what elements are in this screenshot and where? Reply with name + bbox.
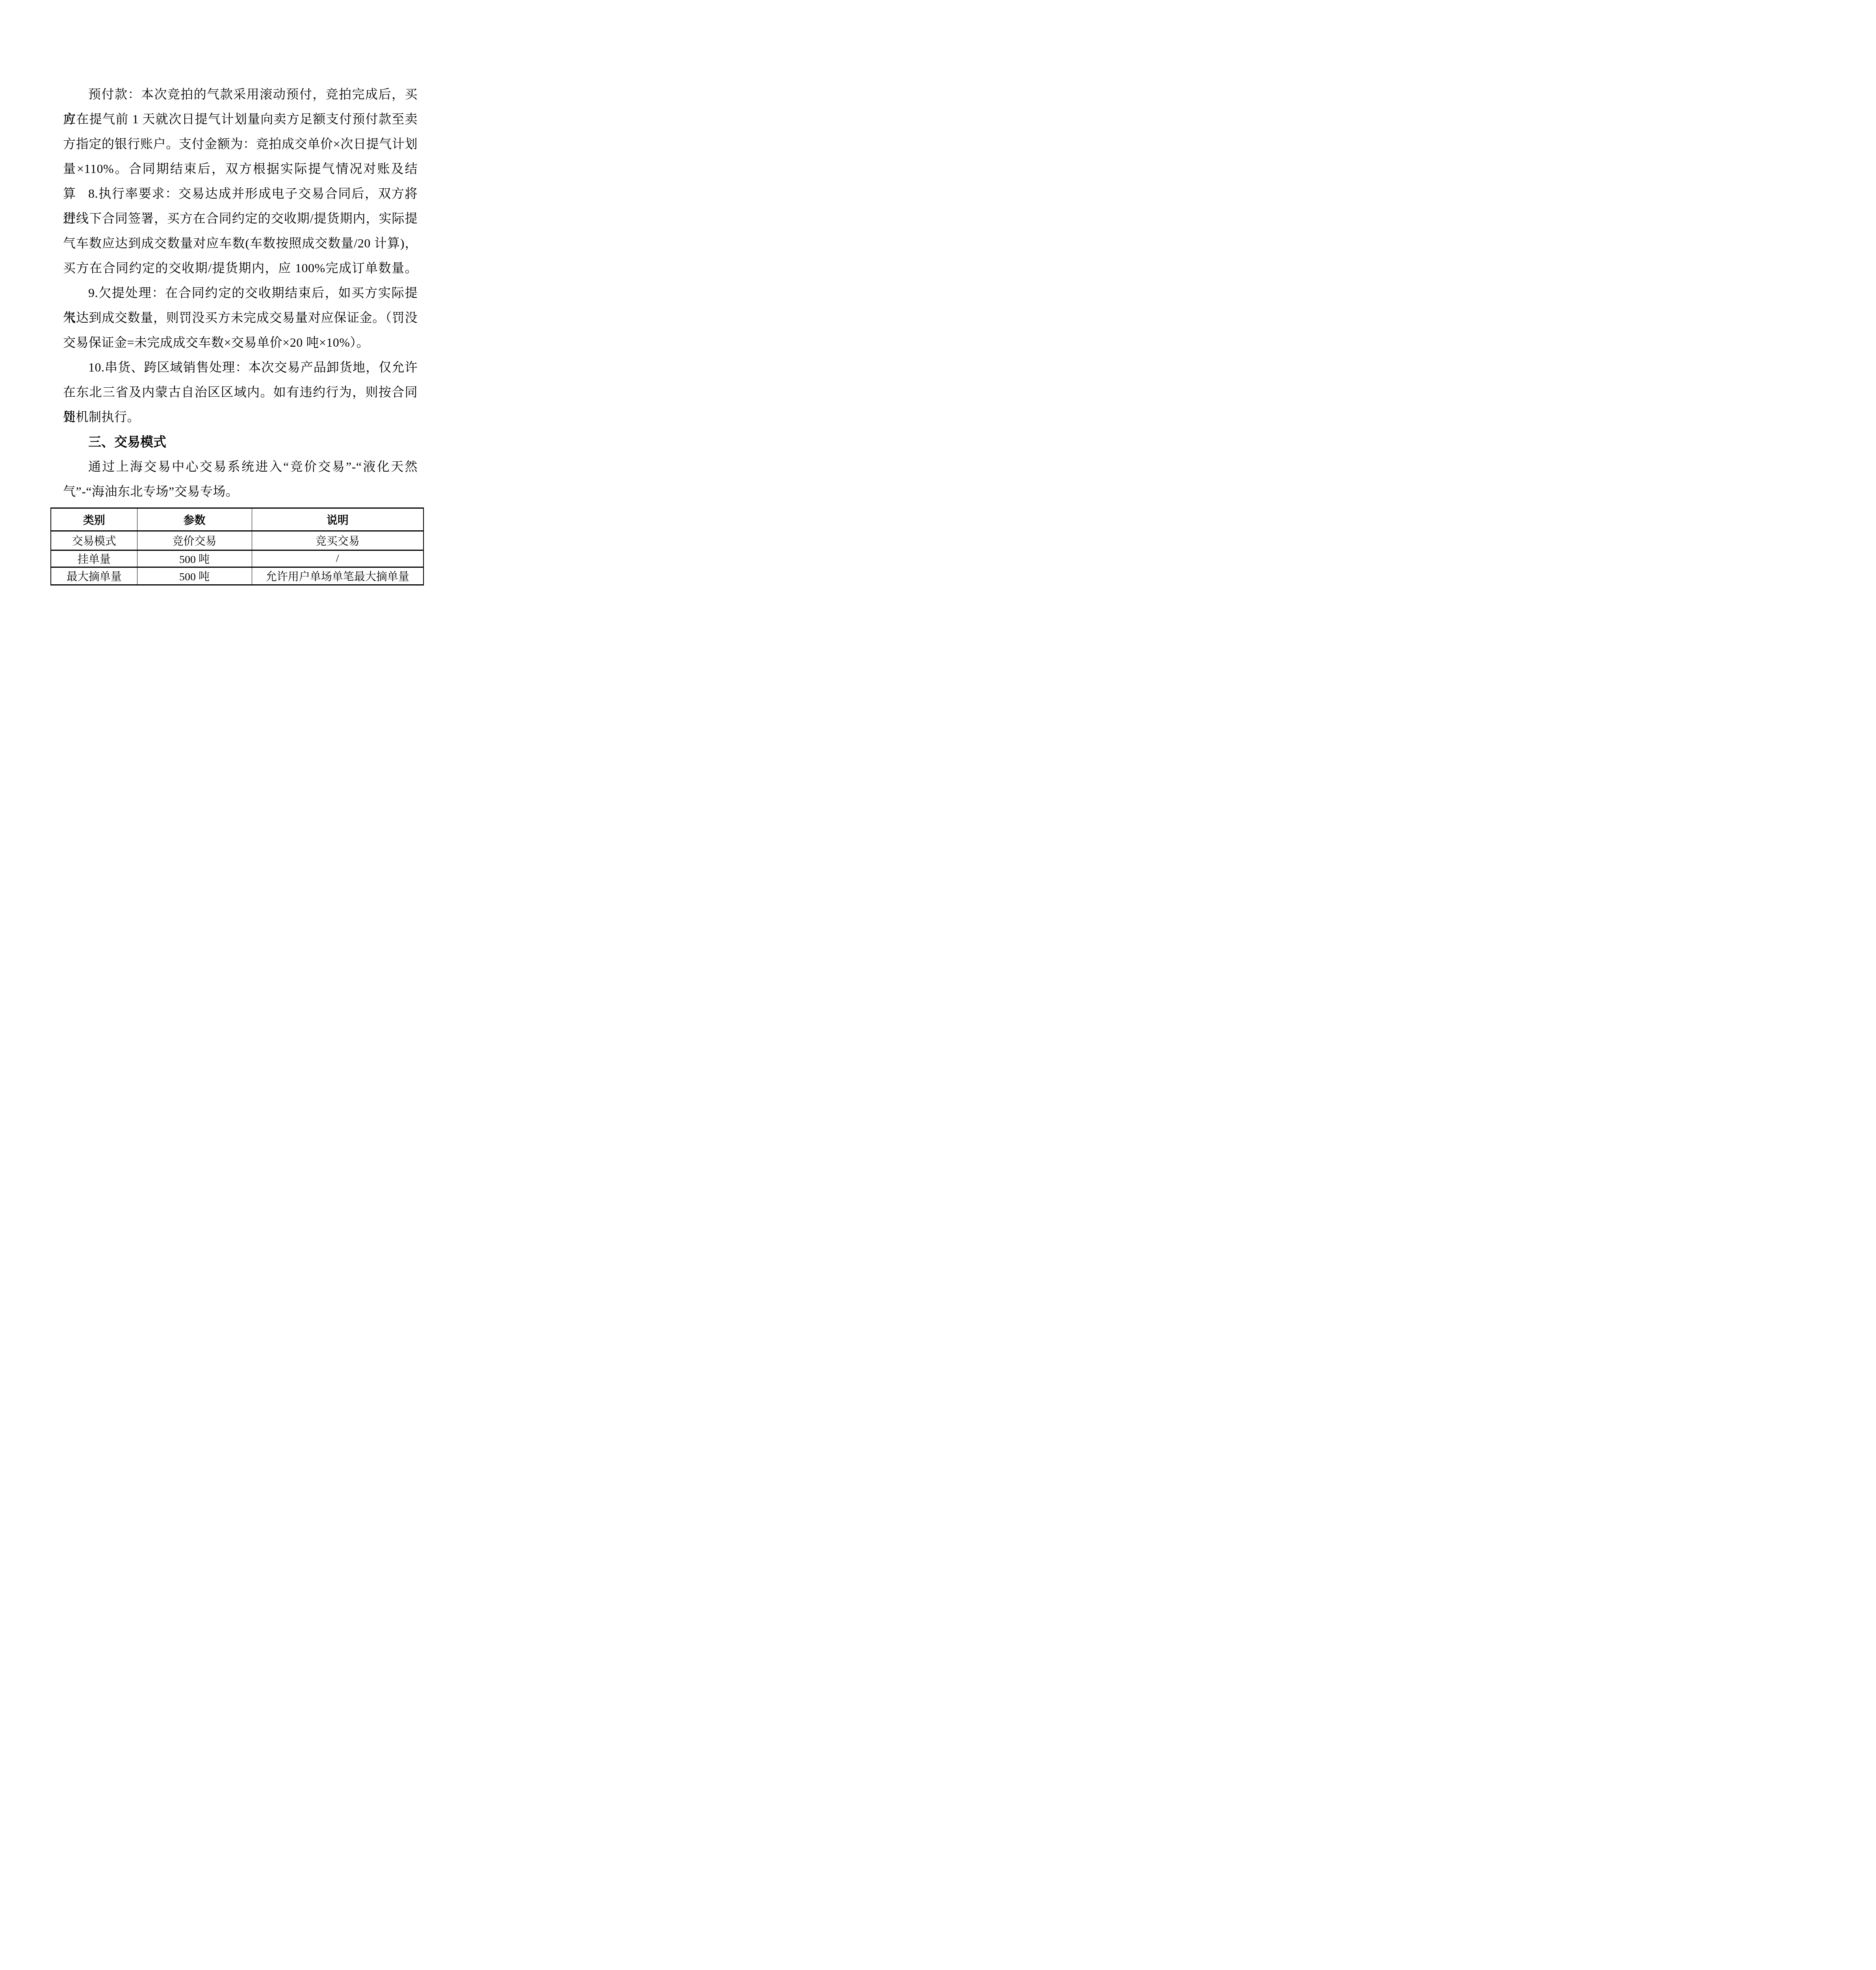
text-line: 气”-“海油东北专场”交易专场。	[63, 479, 418, 504]
paragraph-item8: 8.执行率要求：交易达成并形成电子交易合同后，双方将进 行线下合同签署，买方在合…	[63, 181, 418, 281]
section-heading: 三、交易模式	[63, 429, 418, 454]
table-header-description: 说明	[252, 508, 423, 531]
table-header-parameter: 参数	[137, 508, 252, 531]
text-line: 通过上海交易中心交易系统进入“竞价交易”-“液化天然	[63, 454, 418, 479]
text-line: 9.欠提处理：在合同约定的交收期结束后，如买方实际提气	[63, 281, 418, 305]
text-line: 量×110%。合同期结束后，双方根据实际提气情况对账及结算。	[63, 156, 418, 181]
paragraph-access: 通过上海交易中心交易系统进入“竞价交易”-“液化天然 气”-“海油东北专场”交易…	[63, 454, 418, 504]
text-line: 预付款：本次竞拍的气款采用滚动预付，竞拍完成后，买方	[63, 82, 418, 107]
text-line: 未达到成交数量，则罚没买方未完成交易量对应保证金。（罚没	[63, 305, 418, 330]
text-line: 方指定的银行账户。支付金额为：竞拍成交单价×次日提气计划	[63, 132, 418, 156]
document-body: 预付款：本次竞拍的气款采用滚动预付，竞拍完成后，买方 应在提气前 1 天就次日提…	[63, 82, 418, 504]
paragraph-item10: 10.串货、跨区域销售处理：本次交易产品卸货地，仅允许 在东北三省及内蒙古自治区…	[63, 355, 418, 429]
text-line: 气车数应达到成交数量对应车数(车数按照成交数量/20 计算)，	[63, 231, 418, 256]
table-cell: 500 吨	[137, 550, 252, 567]
table-cell: 允许用户单场单笔最大摘单量	[252, 567, 423, 585]
document-page: 预付款：本次竞拍的气款采用滚动预付，竞拍完成后，买方 应在提气前 1 天就次日提…	[0, 0, 469, 663]
text-line: 交易保证金=未完成成交车数×交易单价×20 吨×10%）。	[63, 330, 418, 355]
text-line: 10.串货、跨区域销售处理：本次交易产品卸货地，仅允许	[63, 355, 418, 380]
paragraph-item9: 9.欠提处理：在合同约定的交收期结束后，如买方实际提气 未达到成交数量，则罚没买…	[63, 281, 418, 355]
table-cell: /	[252, 550, 423, 567]
table-cell: 竞价交易	[137, 531, 252, 550]
table-cell: 500 吨	[137, 567, 252, 585]
table-header-row: 类别 参数 说明	[51, 508, 423, 531]
text-line: 8.执行率要求：交易达成并形成电子交易合同后，双方将进	[63, 181, 418, 206]
table-row: 最大摘单量 500 吨 允许用户单场单笔最大摘单量	[51, 567, 423, 585]
text-line: 买方在合同约定的交收期/提货期内，应 100%完成订单数量。	[63, 256, 418, 281]
table-cell: 最大摘单量	[51, 567, 137, 585]
text-line: 应在提气前 1 天就次日提气计划量向卖方足额支付预付款至卖	[63, 107, 418, 132]
text-line: 在东北三省及内蒙古自治区区域内。如有违约行为，则按合同处	[63, 380, 418, 405]
table-cell: 交易模式	[51, 531, 137, 550]
trading-mode-table: 类别 参数 说明 交易模式 竞价交易 竞买交易 挂单量 500 吨 / 最大摘单…	[50, 507, 424, 585]
table-cell: 挂单量	[51, 550, 137, 567]
table-cell: 竞买交易	[252, 531, 423, 550]
table-row: 交易模式 竞价交易 竞买交易	[51, 531, 423, 550]
table-row: 挂单量 500 吨 /	[51, 550, 423, 567]
text-line: 行线下合同签署，买方在合同约定的交收期/提货期内，实际提	[63, 206, 418, 231]
table-header-category: 类别	[51, 508, 137, 531]
paragraph-prepayment: 预付款：本次竞拍的气款采用滚动预付，竞拍完成后，买方 应在提气前 1 天就次日提…	[63, 82, 418, 181]
text-line: 罚机制执行。	[63, 405, 418, 429]
